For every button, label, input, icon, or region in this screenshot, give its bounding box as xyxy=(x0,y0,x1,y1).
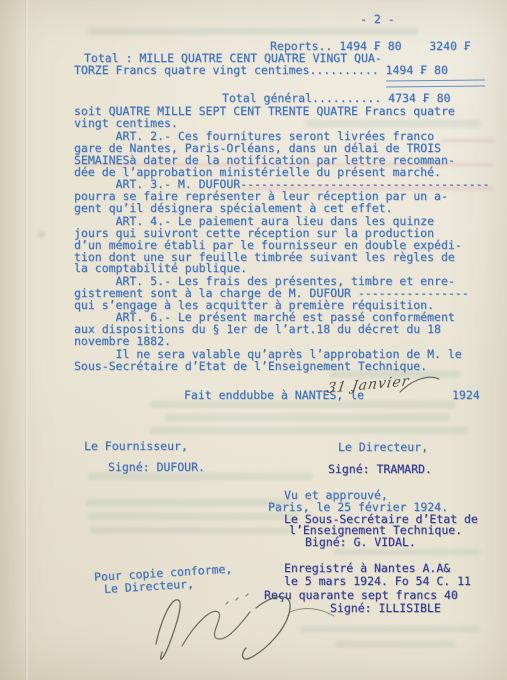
typed-line: novembre 1882. xyxy=(74,335,171,347)
typed-line: vingt centimes. xyxy=(74,117,178,129)
showthrough-ghost xyxy=(305,120,480,127)
showthrough-ghost xyxy=(88,513,298,520)
recu-line: Reçu quarante sept francs 40 xyxy=(264,589,458,601)
registration-date-line: le 5 mars 1924. Fo 54 C. 11 xyxy=(284,575,471,587)
document-page: - 2 -Reports.. 1494 ₣ 80 3240 ₣Total : M… xyxy=(0,0,507,680)
showthrough-ghost xyxy=(88,28,418,35)
fournisseur-heading: Le Fournisseur, xyxy=(84,440,188,452)
year-label: 1924 xyxy=(452,389,480,401)
showthrough-ghost xyxy=(335,641,455,647)
directeur-heading: Le Directeur, xyxy=(338,441,428,453)
total-amount-line: TORZE Francs quatre vingt centimes......… xyxy=(74,64,448,76)
signe-vidal: Bigné: G. VIDAL. xyxy=(305,536,416,548)
fold-crease xyxy=(25,0,28,680)
signe-tramard: Signé: TRAMARD. xyxy=(328,463,432,475)
showthrough-ghost xyxy=(150,401,455,408)
typed-line: gent qu’il désignera spécialement à cet … xyxy=(74,202,393,214)
typed-line: la comptabilité publique. xyxy=(74,262,247,274)
paper-smudge xyxy=(38,232,45,237)
enregistre-line: Enregistré à Nantes A.A& xyxy=(284,562,450,574)
page-number: - 2 - xyxy=(360,13,395,25)
double-rule xyxy=(386,79,485,87)
showthrough-ghost xyxy=(86,499,291,506)
total-general-line: Total général.......... 4734 ₣ 80 xyxy=(222,92,450,104)
scanned-document: { "colors": { "paper": "#ece6d7", "ink_b… xyxy=(0,0,507,680)
showthrough-ghost xyxy=(335,549,480,555)
showthrough-ghost-pink xyxy=(440,139,495,142)
typed-line: Sous-Secrétaire d’Etat de l’Enseignement… xyxy=(74,360,427,372)
showthrough-ghost xyxy=(90,527,290,534)
signe-illisible: Signé: ILLISIBLE xyxy=(330,602,441,614)
showthrough-ghost xyxy=(300,626,480,632)
showthrough-ghost xyxy=(88,473,313,480)
signe-dufour: Signé: DUFOUR. xyxy=(108,461,205,473)
showthrough-ghost xyxy=(165,414,450,421)
copie-directeur-line: Le Directeur, xyxy=(104,578,195,595)
showthrough-ghost xyxy=(150,427,468,434)
